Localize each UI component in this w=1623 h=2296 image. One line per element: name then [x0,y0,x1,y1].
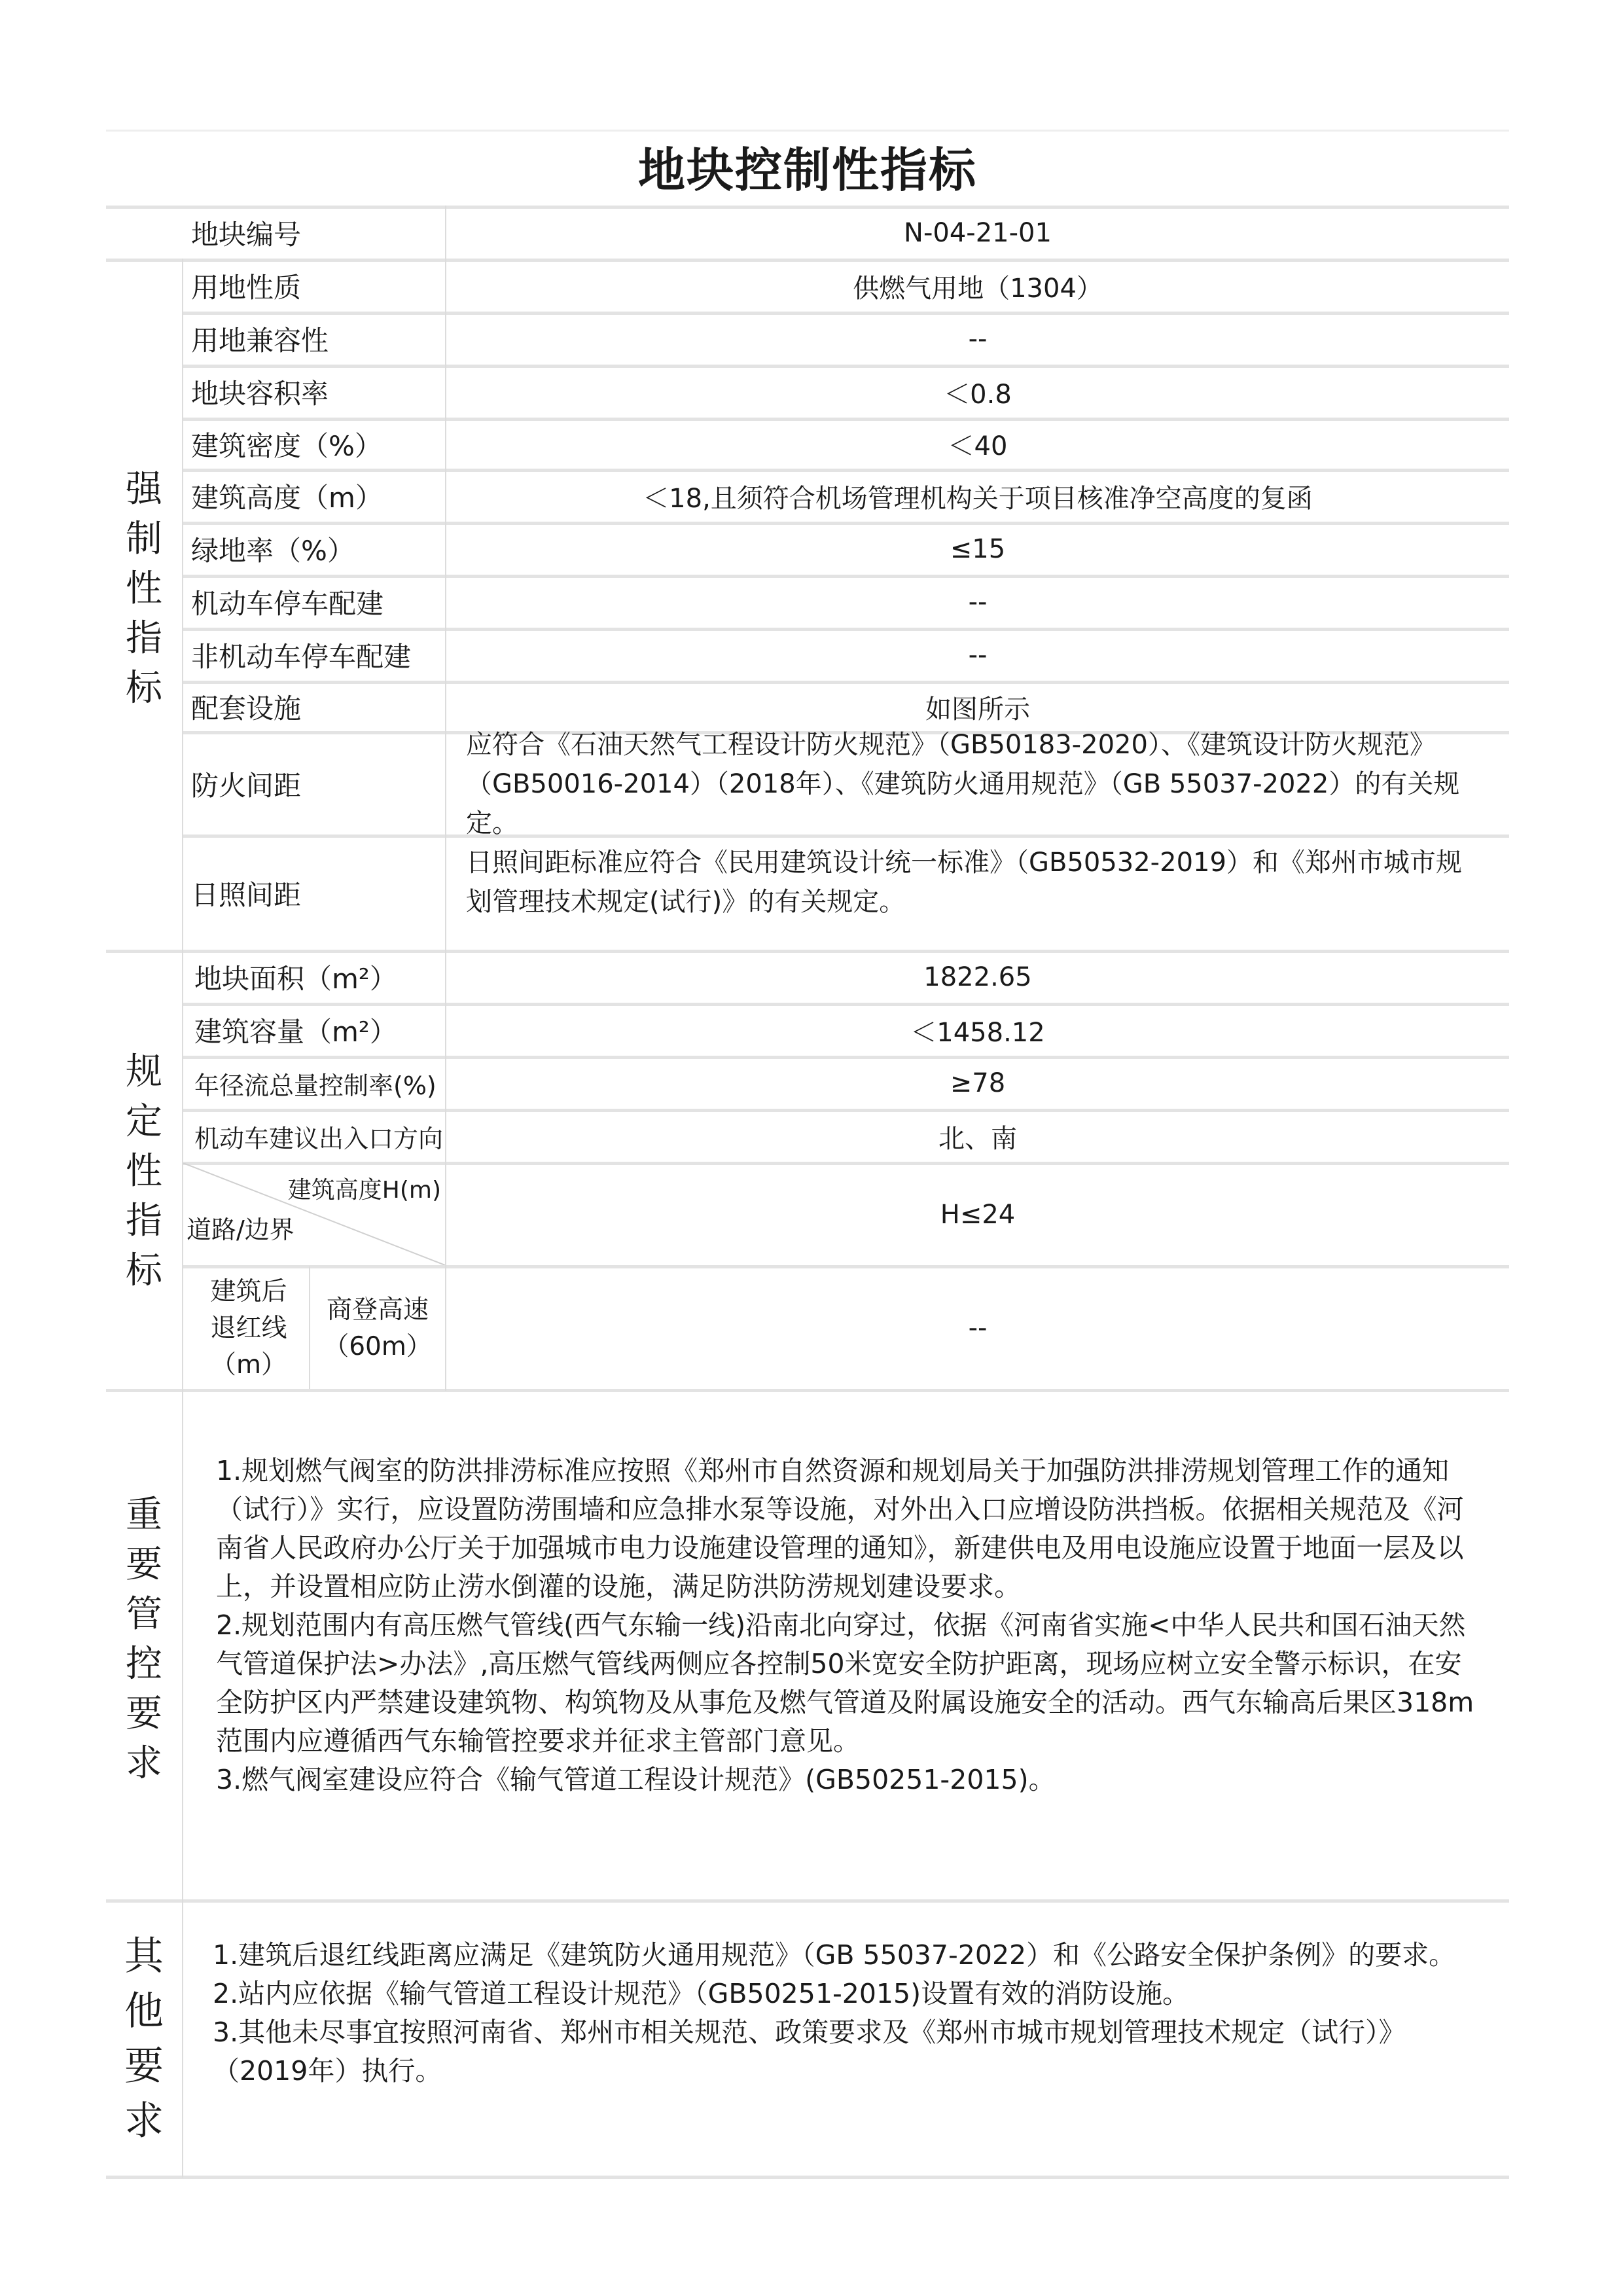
row-label-entrance-direction: 机动车建议出入口方向 [106,1111,445,1162]
row-label-height: 建筑高度（m） [106,471,445,522]
row-value-entrance-direction: 北、南 [446,1111,1509,1162]
setback-road: 商登高速（60m） [310,1270,445,1388]
row-label-facilities: 配套设施 [106,683,445,731]
row-value-compatibility: -- [446,314,1509,365]
rule-bottom [106,2176,1509,2179]
setback-label: 建筑后退红线（m） [196,1270,301,1388]
row-label-car-parking: 机动车停车配建 [106,577,445,628]
diagonal-header-top: 建筑高度H(m) [281,1172,445,1204]
row-label-land-use: 用地性质 [106,260,445,312]
other-requirements: 1.建筑后退红线距离应满足《建筑防火通用规范》（GB 55037-2022）和《… [213,1936,1479,2090]
row-value-height: ＜18,且须符合机场管理机构关于项目核准净空高度的复函 [446,471,1509,522]
row-value-bike-parking: -- [446,630,1509,681]
row-label-sunlight-distance: 日照间距 [106,836,445,950]
row-value-facilities: 如图所示 [446,683,1509,731]
row-label-floor-area: 建筑容量（m²） [106,1005,445,1056]
rule [106,1899,1509,1903]
important-requirements: 1.规划燃气阀室的防洪排涝标准应按照《郑州市自然资源和规划局关于加强防洪排涝规划… [216,1452,1479,1799]
control-indicator-sheet: 地块控制性指标 地块编号 N-04-21-01 强 制 性 指 标 用地性质 供… [0,0,1623,2296]
row-value-sunlight-distance: 日照间距标准应符合《民用建筑设计统一标准》（GB50532-2019）和《郑州市… [446,836,1509,928]
row-value-density: ＜40 [446,420,1509,469]
parcel-no-label: 地块编号 [106,207,445,259]
row-label-bike-parking: 非机动车停车配建 [106,630,445,681]
row-value-floor-area: ＜1458.12 [446,1005,1509,1056]
row-label-green-ratio: 绿地率（%） [106,524,445,575]
row-label-runoff-control: 年径流总量控制率(%) [106,1058,445,1109]
row-value-green-ratio: ≤15 [446,524,1509,575]
row-value-runoff-control: ≥78 [446,1058,1509,1109]
page-title: 地块控制性指标 [106,134,1509,206]
section-important-label: 重 要 管 控 要 求 [106,1486,182,1793]
important-item: 2.规划范围内有高压燃气管线(西气东输一线)沿南北向穿过，依据《河南省实施<中华… [216,1606,1479,1761]
row-value-car-parking: -- [446,577,1509,628]
row-label-far: 地块容积率 [106,367,445,418]
setback-value: -- [446,1267,1509,1389]
important-item: 1.规划燃气阀室的防洪排涝标准应按照《郑州市自然资源和规划局关于加强防洪排涝规划… [216,1452,1479,1606]
section-other-label: 其 他 要 求 [106,1928,182,2150]
rule-top [106,130,1509,132]
row-value-land-use: 供燃气用地（1304） [446,260,1509,312]
parcel-no-value: N-04-21-01 [446,207,1509,259]
row-label-compatibility: 用地兼容性 [106,314,445,365]
other-item: 2.站内应依据《输气管道工程设计规范》（GB50251-2015)设置有效的消防… [213,1975,1479,2013]
other-item: 1.建筑后退红线距离应满足《建筑防火通用规范》（GB 55037-2022）和《… [213,1936,1479,1975]
diagonal-header-bottom: 道路/边界 [187,1211,317,1244]
row-label-fire-distance: 防火间距 [106,733,445,834]
row-value-parcel-area: 1822.65 [446,952,1509,1003]
row-value-max-height: H≤24 [446,1164,1509,1265]
row-value-fire-distance: 应符合《石油天然气工程设计防火规范》（GB50183-2020）、《建筑设计防火… [446,733,1509,834]
row-label-density: 建筑密度（%） [106,420,445,469]
other-item: 3.其他未尽事宜按照河南省、郑州市相关规范、政策要求及《郑州市城市规划管理技术规… [213,2013,1479,2090]
rule [106,1389,1509,1392]
row-value-far: ＜0.8 [446,367,1509,418]
row-label-parcel-area: 地块面积（m²） [106,952,445,1003]
important-item: 3.燃气阀室建设应符合《输气管道工程设计规范》(GB50251-2015)。 [216,1761,1479,1799]
